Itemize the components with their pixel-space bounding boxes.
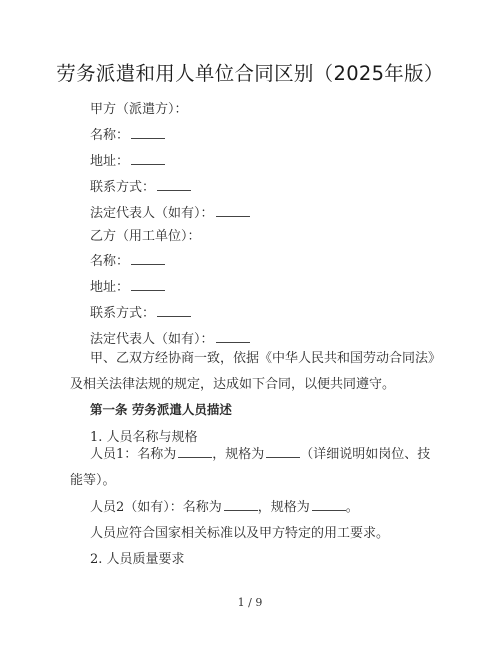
document-title: 劳务派遣和用人单位合同区别（2025年版）: [0, 58, 500, 86]
person-2-suffix: 。: [346, 500, 359, 515]
party-a-name-blank: [131, 127, 165, 139]
requirement-line: 人员应符合国家相关标准以及甲方特定的用工要求。: [90, 522, 389, 541]
party-a-contact: 联系方式：: [90, 176, 191, 195]
party-a-name: 名称：: [90, 124, 165, 143]
party-b-name-blank: [131, 253, 165, 265]
person-1-prefix: 人员1：名称为: [90, 447, 176, 462]
party-b-contact-blank: [157, 305, 191, 317]
person-1-mid: ，规格为: [212, 447, 264, 462]
party-a-contact-label: 联系方式：: [90, 180, 155, 195]
party-a-rep: 法定代表人（如有）：: [90, 202, 250, 221]
article-1-title: 第一条 劳务派遣人员描述: [90, 400, 232, 418]
party-b-rep-label: 法定代表人（如有）：: [90, 332, 214, 347]
person-2-prefix: 人员2（如有）：名称为: [90, 500, 222, 515]
person-1-spec-blank: [266, 446, 300, 458]
intro-paragraph: 甲、乙双方经协商一致，依据《中华人民共和国劳动合同法》及相关法律法规的规定，达成…: [70, 346, 440, 398]
party-a-rep-blank: [216, 205, 250, 217]
party-b-contact: 联系方式：: [90, 302, 191, 321]
party-a-address-blank: [131, 153, 165, 165]
item-2-title: 2. 人员质量要求: [90, 548, 185, 567]
person-1-line: 人员1：名称为，规格为（详细说明如岗位、技能等）。: [70, 442, 440, 494]
party-b-rep: 法定代表人（如有）：: [90, 328, 250, 347]
person-2-spec-blank: [312, 499, 346, 511]
person-2-line: 人员2（如有）：名称为，规格为。: [90, 496, 359, 515]
party-b-rep-blank: [216, 331, 250, 343]
person-1-name-blank: [178, 446, 212, 458]
party-a-address: 地址：: [90, 150, 165, 169]
party-a-heading: 甲方（派遣方）：: [90, 98, 188, 117]
party-b-address-blank: [131, 279, 165, 291]
party-b-name-label: 名称：: [90, 254, 129, 269]
party-b-address: 地址：: [90, 276, 165, 295]
party-b-heading: 乙方（用工单位）：: [90, 225, 201, 244]
party-b-address-label: 地址：: [90, 280, 129, 295]
party-a-rep-label: 法定代表人（如有）：: [90, 206, 214, 221]
page-number: 1 / 9: [0, 596, 500, 609]
party-b-contact-label: 联系方式：: [90, 306, 155, 321]
party-b-name: 名称：: [90, 250, 165, 269]
party-a-contact-blank: [157, 179, 191, 191]
party-a-address-label: 地址：: [90, 154, 129, 169]
person-2-mid: ，规格为: [258, 500, 310, 515]
person-2-name-blank: [224, 499, 258, 511]
party-a-name-label: 名称：: [90, 128, 129, 143]
